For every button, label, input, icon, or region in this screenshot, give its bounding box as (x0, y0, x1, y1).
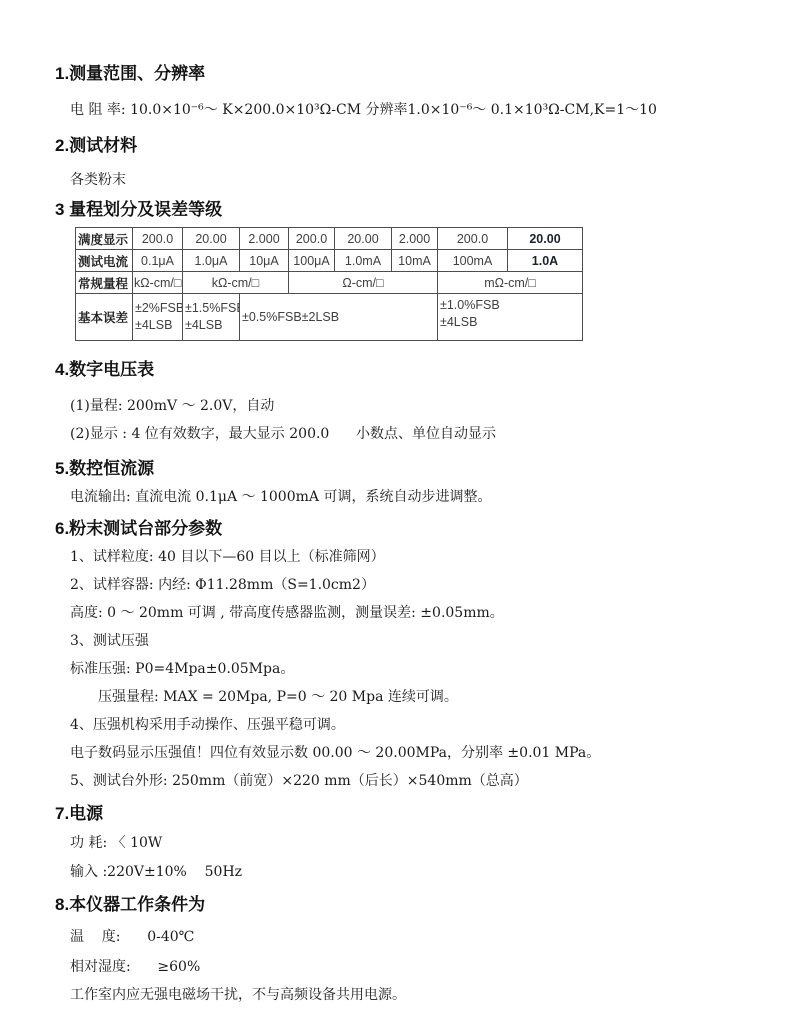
normal-range-value: kΩ-cm/□ (183, 272, 289, 294)
resistivity-spec-line: 电 阻 率: 10.0×10⁻⁶～ K×200.0×10³Ω-CM 分辨率1.0… (55, 99, 760, 121)
test-material-line: 各类粉末 (55, 169, 760, 191)
humidity-line: 相对湿度: ≥60% (55, 956, 760, 978)
test-current-value: 1.0μA (183, 250, 240, 272)
full-scale-value: 2.000 (392, 228, 438, 250)
test-pressure-line: 3、测试压强 (55, 630, 760, 652)
table-row-normal-range: 常规量程 kΩ-cm/□ kΩ-cm/□ Ω-cm/□ mΩ-cm/□ (76, 272, 583, 294)
row-label-full-scale: 满度显示 (76, 228, 133, 250)
power-consumption-line: 功 耗: 〈 10W (55, 832, 760, 854)
row-label-test-current: 测试电流 (76, 250, 133, 272)
full-scale-value: 200.0 (133, 228, 183, 250)
test-current-value: 10mA (392, 250, 438, 272)
current-output-line: 电流输出: 直流电流 0.1μA ～ 1000mA 可调，系统自动步进调整。 (55, 486, 760, 508)
full-scale-value: 20.00 (335, 228, 392, 250)
section-7-heading: 7.电源 (55, 803, 760, 825)
section-2-heading: 2.测试材料 (55, 135, 760, 157)
test-current-value: 1.0mA (335, 250, 392, 272)
full-scale-value: 200.0 (438, 228, 508, 250)
test-current-value: 1.0A (508, 250, 583, 272)
table-row-full-scale: 满度显示 200.0 20.00 2.000 200.0 20.00 2.000… (76, 228, 583, 250)
normal-range-value: kΩ-cm/□ (133, 272, 183, 294)
test-current-value: 0.1μA (133, 250, 183, 272)
section-4-heading: 4.数字电压表 (55, 359, 760, 381)
height-line: 高度: 0 ～ 20mm 可调 , 带高度传感器监测，测量误差: ±0.05mm… (55, 602, 760, 624)
sample-container-line: 2、试样容器: 内经: Φ11.28mm（S=1.0cm2） (55, 574, 760, 596)
test-current-value: 10μA (240, 250, 289, 272)
full-scale-value: 20.00 (183, 228, 240, 250)
section-8-heading: 8.本仪器工作条件为 (55, 894, 760, 916)
document-page: 1.测量范围、分辨率 电 阻 率: 10.0×10⁻⁶～ K×200.0×10³… (0, 0, 800, 1011)
full-scale-value: 20.00 (508, 228, 583, 250)
table-row-test-current: 测试电流 0.1μA 1.0μA 10μA 100μA 1.0mA 10mA 1… (76, 250, 583, 272)
normal-range-value: mΩ-cm/□ (438, 272, 583, 294)
basic-error-value: ±0.5%FSB±2LSB (240, 294, 438, 341)
digital-pressure-display-line: 电子数码显示压强值！四位有效显示数 00.00 ～ 20.00MPa，分别率 ±… (55, 742, 760, 764)
basic-error-value: ±1.0%FSB ±4LSB (438, 294, 583, 341)
pressure-mechanism-line: 4、压强机构采用手动操作、压强平稳可调。 (55, 714, 760, 736)
workroom-note-line: 工作室内应无强电磁场干扰，不与高频设备共用电源。 (55, 984, 760, 1006)
section-5-heading: 5.数控恒流源 (55, 458, 760, 480)
spec-table: 满度显示 200.0 20.00 2.000 200.0 20.00 2.000… (75, 227, 583, 341)
standard-pressure-line: 标准压强: P0=4Mpa±0.05Mpa。 (55, 658, 760, 680)
test-current-value: 100μA (289, 250, 335, 272)
row-label-normal-range: 常规量程 (76, 272, 133, 294)
full-scale-value: 2.000 (240, 228, 289, 250)
voltmeter-display-line: (2)显示 : 4 位有效数字，最大显示 200.0 小数点、单位自动显示 (55, 423, 760, 445)
section-3-heading: 3 量程划分及误差等级 (55, 199, 760, 221)
section-6-heading: 6.粉末测试台部分参数 (55, 518, 760, 540)
basic-error-value: ±1.5%FSB ±4LSB (183, 294, 240, 341)
temperature-line: 温 度: 0-40℃ (55, 926, 760, 948)
full-scale-value: 200.0 (289, 228, 335, 250)
bench-dimensions-line: 5、测试台外形: 250mm（前宽）×220 mm（后长）×540mm（总高） (55, 770, 760, 792)
power-input-line: 输入 :220V±10% 50Hz (55, 861, 760, 883)
sample-granularity-line: 1、试样粒度: 40 目以下—60 目以上（标准筛网） (55, 546, 760, 568)
voltmeter-range-line: (1)量程: 200mV ～ 2.0V，自动 (55, 395, 760, 417)
pressure-range-line: 压强量程: MAX = 20Mpa, P=0 ～ 20 Mpa 连续可调。 (55, 686, 760, 708)
normal-range-value: Ω-cm/□ (289, 272, 438, 294)
section-1-heading: 1.测量范围、分辨率 (55, 63, 760, 85)
test-current-value: 100mA (438, 250, 508, 272)
table-row-basic-error: 基本误差 ±2%FSB ±4LSB ±1.5%FSB ±4LSB ±0.5%FS… (76, 294, 583, 341)
row-label-basic-error: 基本误差 (76, 294, 133, 341)
basic-error-value: ±2%FSB ±4LSB (133, 294, 183, 341)
